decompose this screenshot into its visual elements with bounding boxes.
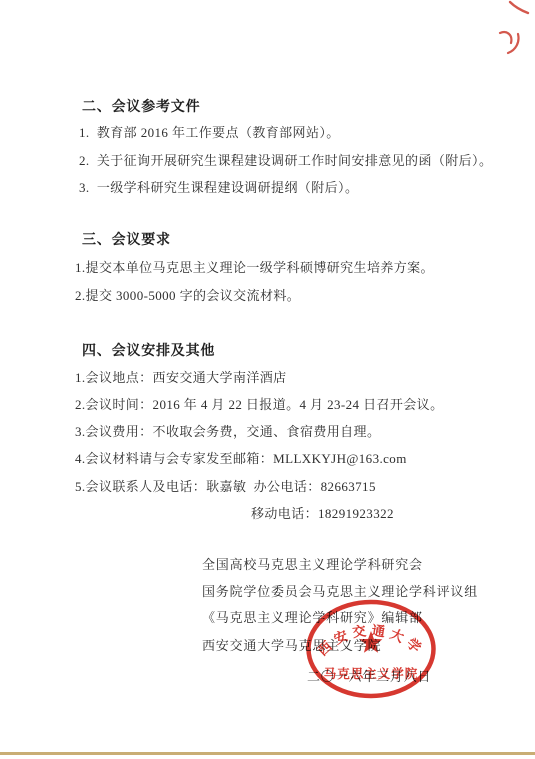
section-4-item-4: 4.会议材料请与会专家发至邮箱：MLLXKYJH@163.com bbox=[75, 452, 407, 465]
section-4-item-3: 3.会议费用：不收取会务费，交通、食宿费用自理。 bbox=[75, 425, 380, 438]
section-2-item-3: 3. 一级学科研究生课程建设调研提纲（附后）。 bbox=[79, 181, 358, 194]
page-bottom-edge bbox=[0, 752, 535, 755]
section-4-item-2: 2.会议时间：2016 年 4 月 22 日报道。4 月 23-24 日召开会议… bbox=[75, 398, 443, 411]
section-3-item-2: 2.提交 3000-5000 字的会议交流材料。 bbox=[75, 289, 300, 302]
official-seal: 西安交通大学 马克思主义学院 bbox=[303, 597, 439, 701]
section-3-item-1: 1.提交本单位马克思主义理论一级学科硕博研究生培养方案。 bbox=[75, 261, 434, 274]
section-4-item-5: 5.会议联系人及电话：耿嘉敏 办公电话：82663715 bbox=[75, 480, 376, 493]
section-2-heading: 二、会议参考文件 bbox=[82, 99, 200, 113]
section-3-heading: 三、会议要求 bbox=[82, 232, 171, 246]
scanned-notice-page: 二、会议参考文件 1. 教育部 2016 年工作要点（教育部网站）。 2. 关于… bbox=[0, 0, 535, 759]
red-ink-marks-icon bbox=[488, 0, 535, 60]
section-4-heading: 四、会议安排及其他 bbox=[82, 343, 215, 357]
section-2-item-1: 1. 教育部 2016 年工作要点（教育部网站）。 bbox=[79, 126, 340, 139]
section-2-item-2: 2. 关于征询开展研究生课程建设调研工作时间安排意见的函（附后）。 bbox=[79, 154, 492, 167]
seal-department-text: 马克思主义学院 bbox=[324, 666, 419, 681]
signature-org-1: 全国高校马克思主义理论学科研究会 bbox=[202, 558, 423, 571]
mobile-phone-line: 移动电话：18291923322 bbox=[251, 507, 394, 520]
section-4-item-1: 1.会议地点：西安交通大学南洋酒店 bbox=[75, 371, 287, 384]
